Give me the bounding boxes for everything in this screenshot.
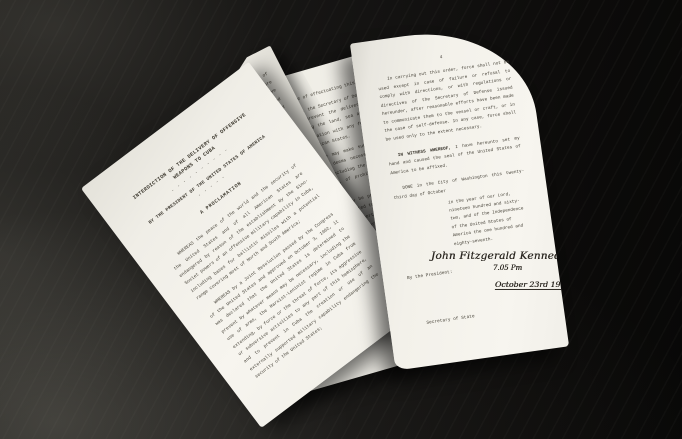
signature-date: October 23rd 1962 (495, 280, 569, 290)
page4-paragraph: In carrying out this order, force shall … (377, 59, 518, 145)
jfk-handwritten-signature: John Fitzgerald Kennedy 7.05 Pm October … (431, 250, 569, 291)
done-date-block: in the year of our Lord, nineteen hundre… (448, 188, 534, 249)
signature-name: John Fitzgerald Kennedy (431, 250, 569, 262)
signature-date-row: October 23rd 1962 (461, 272, 569, 291)
photo-of-proclamation-on-table: of Defense for the purpose of effectuati… (0, 0, 682, 439)
signature-zone: By the President: John Fitzgerald Kenned… (403, 245, 548, 355)
secretary-of-state-label: Secretary of State (426, 314, 475, 326)
